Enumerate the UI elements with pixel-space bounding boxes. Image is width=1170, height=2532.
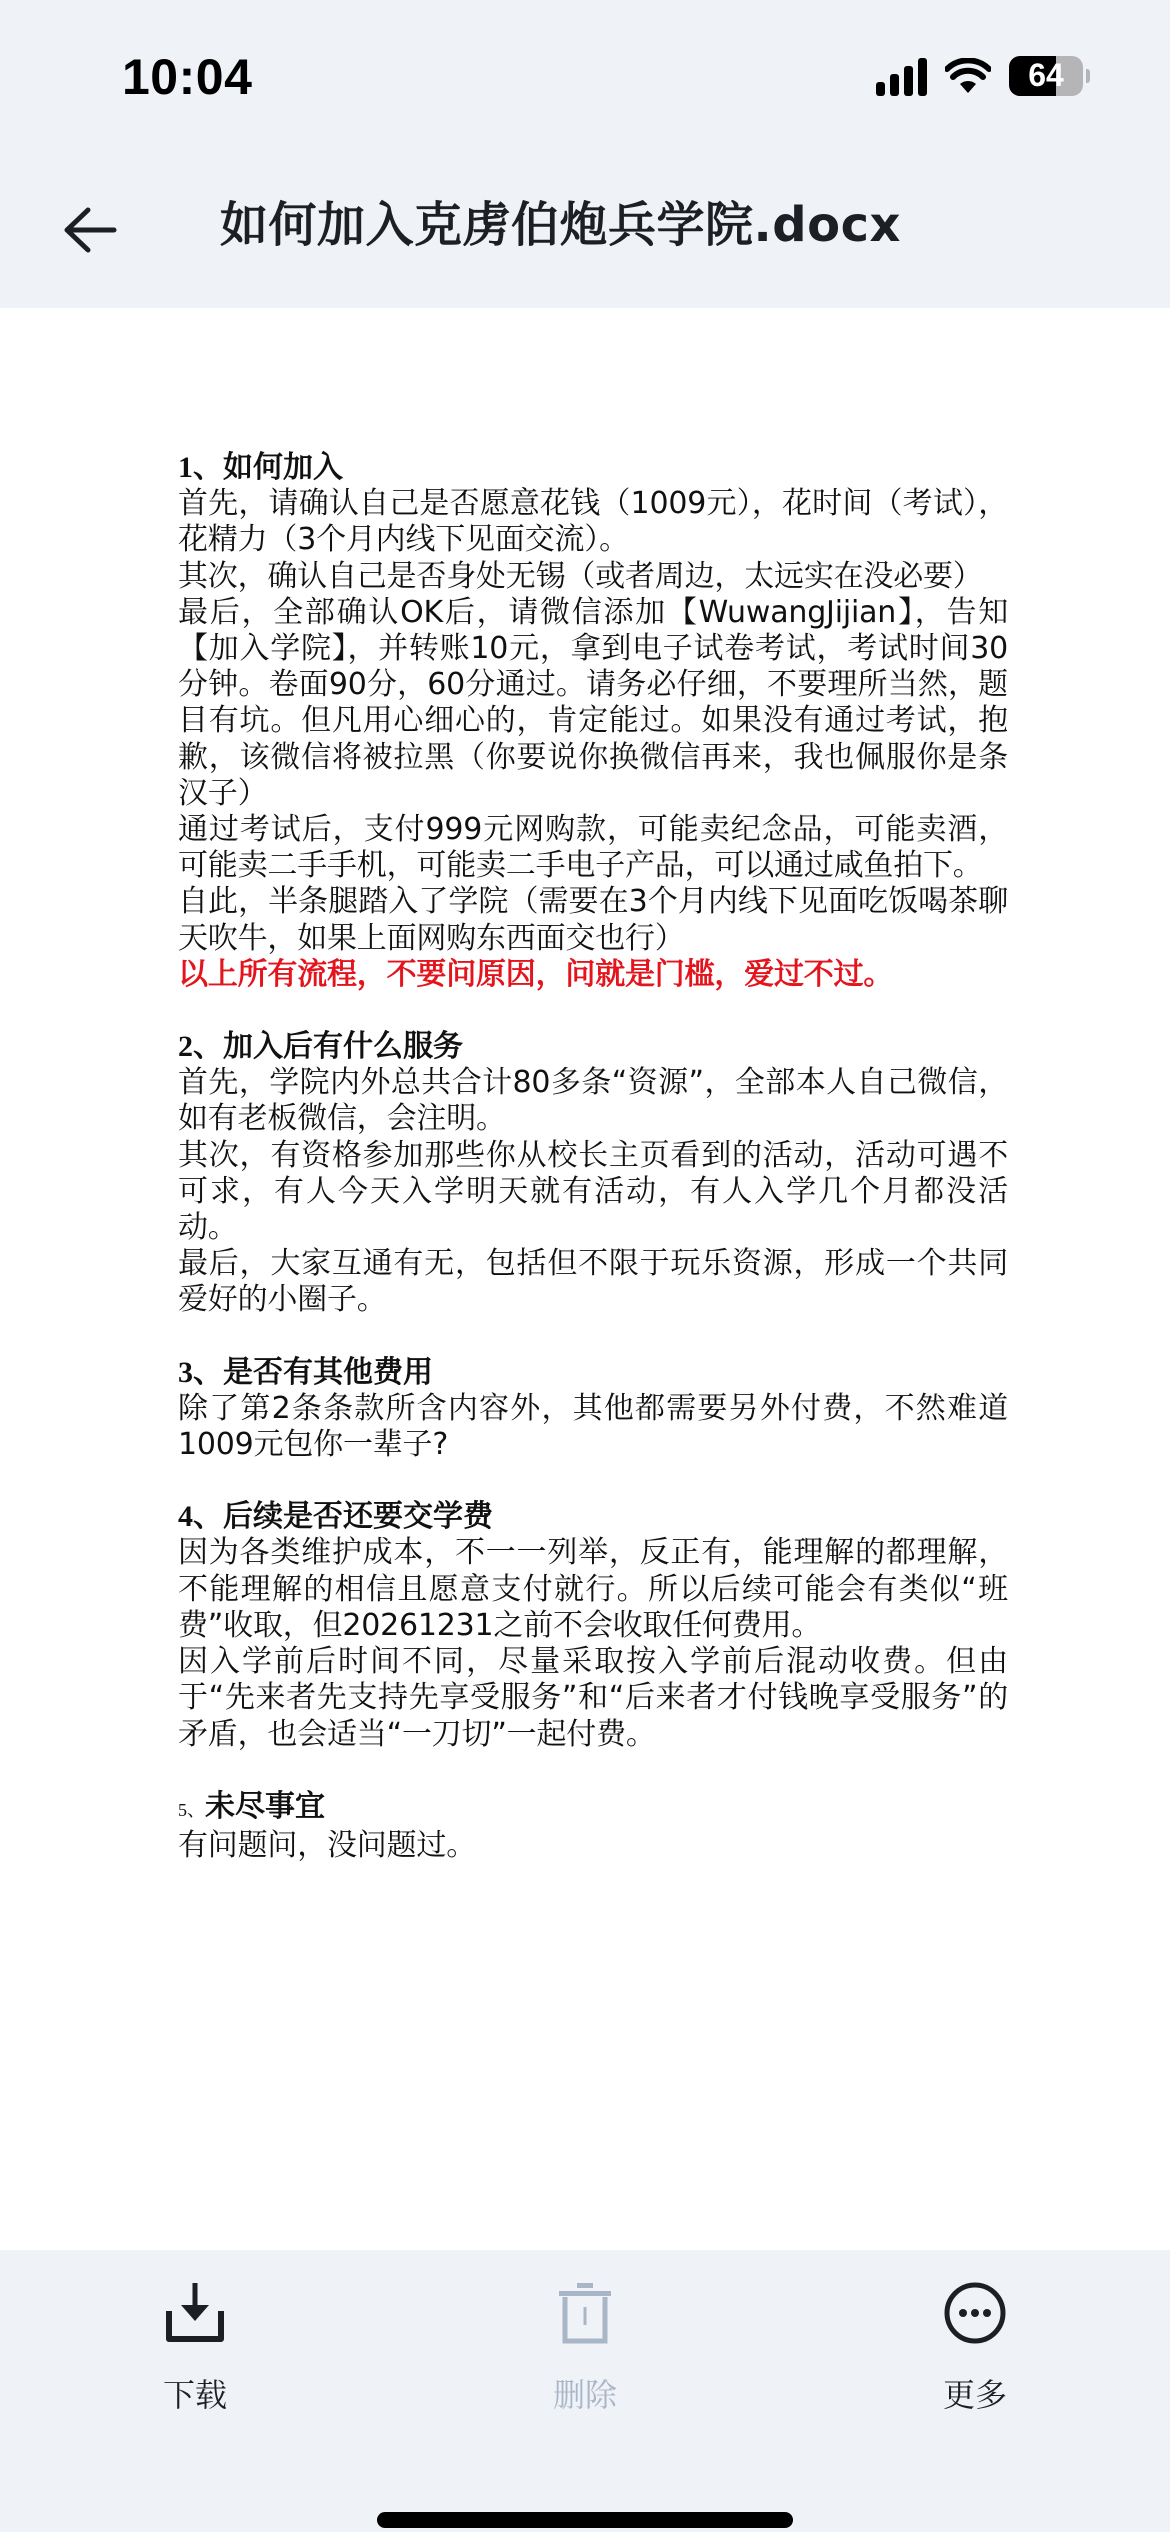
paragraph: 因入学前后时间不同，尽量采取按入学前后混动收费。但由于“先来者先支持先享受服务”… <box>178 1644 1008 1753</box>
status-icons: 64 <box>876 56 1090 96</box>
battery-icon: 64 <box>1009 56 1090 96</box>
delete-button[interactable]: 删除 <box>505 2278 665 2416</box>
bottom-action-bar: 下载 删除 更多 <box>0 2250 1170 2532</box>
cellular-signal-icon <box>876 56 927 96</box>
back-button[interactable] <box>50 190 130 270</box>
battery-level: 64 <box>1009 57 1083 94</box>
paragraph: 首先，请确认自己是否愿意花钱（1009元），花时间（考试），花精力（3个月内线下… <box>178 486 1008 558</box>
section-2: 2、加入后有什么服务 首先，学院内外总共合计80多条“资源”，全部本人自己微信，… <box>178 1029 1008 1319</box>
delete-label: 删除 <box>553 2370 617 2416</box>
section-heading: 5、未尽事宜 <box>178 1789 1008 1828</box>
section-heading: 3、是否有其他费用 <box>178 1355 1008 1391</box>
section-5: 5、未尽事宜 有问题问，没问题过。 <box>178 1789 1008 1864</box>
section-1: 1、如何加入 首先，请确认自己是否愿意花钱（1009元），花时间（考试），花精力… <box>178 450 1008 993</box>
arrow-left-icon <box>62 205 118 255</box>
status-time: 10:04 <box>122 48 252 106</box>
status-bar: 10:04 64 <box>0 0 1170 150</box>
section-heading: 2、加入后有什么服务 <box>178 1029 1008 1065</box>
paragraph: 首先，学院内外总共合计80多条“资源”，全部本人自己微信，如有老板微信，会注明。 <box>178 1065 1008 1137</box>
paragraph: 最后，全部确认OK后，请微信添加【WuwangJijian】，告知【加入学院】，… <box>178 595 1008 812</box>
paragraph: 最后，大家互通有无，包括但不限于玩乐资源，形成一个共同爱好的小圈子。 <box>178 1246 1008 1318</box>
download-button[interactable]: 下载 <box>115 2278 275 2416</box>
nav-bar: 如何加入克虏伯炮兵学院.docx <box>0 150 1170 308</box>
paragraph: 有问题问，没问题过。 <box>178 1828 1008 1864</box>
paragraph: 通过考试后，支付999元网购款，可能卖纪念品，可能卖酒，可能卖二手手机，可能卖二… <box>178 812 1008 884</box>
more-icon <box>940 2278 1010 2348</box>
paragraph: 其次，确认自己是否身处无锡（或者周边，太远实在没必要） <box>178 559 1008 595</box>
more-label: 更多 <box>943 2370 1007 2416</box>
document-body: 1、如何加入 首先，请确认自己是否愿意花钱（1009元），花时间（考试），花精力… <box>178 450 1008 1900</box>
home-indicator[interactable] <box>377 2512 793 2528</box>
trash-icon <box>550 2278 620 2348</box>
more-button[interactable]: 更多 <box>895 2278 1055 2416</box>
document-viewer[interactable]: 1、如何加入 首先，请确认自己是否愿意花钱（1009元），花时间（考试），花精力… <box>0 308 1170 2250</box>
section-heading: 4、后续是否还要交学费 <box>178 1499 1008 1535</box>
document-title: 如何加入克虏伯炮兵学院.docx <box>220 186 901 255</box>
section-heading: 1、如何加入 <box>178 450 1008 486</box>
highlight-warning: 以上所有流程，不要问原因，问就是门槛，爱过不过。 <box>178 957 1008 993</box>
download-icon <box>160 2278 230 2348</box>
paragraph: 其次，有资格参加那些你从校长主页看到的活动，活动可遇不可求，有人今天入学明天就有… <box>178 1138 1008 1247</box>
wifi-icon <box>945 58 991 94</box>
paragraph: 除了第2条条款所含内容外，其他都需要另外付费，不然难道1009元包你一辈子? <box>178 1391 1008 1463</box>
paragraph: 因为各类维护成本，不一一列举，反正有，能理解的都理解，不能理解的相信且愿意支付就… <box>178 1535 1008 1644</box>
download-label: 下载 <box>163 2370 227 2416</box>
paragraph: 自此，半条腿踏入了学院（需要在3个月内线下见面吃饭喝茶聊天吹牛，如果上面网购东西… <box>178 884 1008 956</box>
section-3: 3、是否有其他费用 除了第2条条款所含内容外，其他都需要另外付费，不然难道100… <box>178 1355 1008 1464</box>
section-4: 4、后续是否还要交学费 因为各类维护成本，不一一列举，反正有，能理解的都理解，不… <box>178 1499 1008 1752</box>
